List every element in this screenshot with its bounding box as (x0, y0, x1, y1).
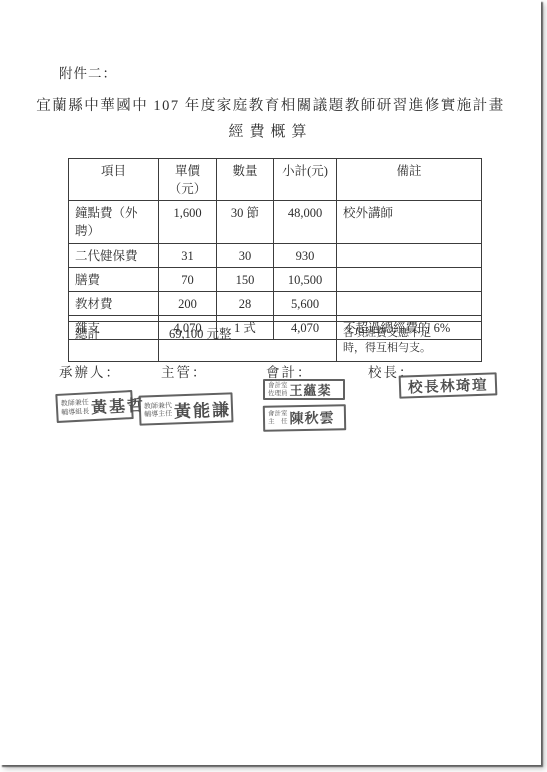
accountant-director-stamp-name: 陳秋雲 (289, 407, 334, 428)
total-remarks-line2: 時，得互相勻支。 (343, 341, 479, 356)
accountant-director-role-line2: 主 任 (268, 418, 288, 426)
accountant-director-stamp: 會計室 主 任 陳秋雲 (263, 404, 346, 431)
header-unit-price-line2: （元） (161, 180, 214, 198)
header-item: 項目 (69, 159, 159, 201)
cell-quantity: 30 節 (217, 201, 274, 243)
cell-remarks (337, 291, 482, 315)
accountant-label: 會計： (266, 361, 313, 381)
accountant-clerk-stamp: 會計室 佐理員 王蘊棻 (263, 379, 345, 400)
table-row: 教材費 200 28 5,600 (69, 291, 482, 315)
total-label: 總計 (69, 322, 159, 362)
document-subtitle: 經費概算 (0, 120, 541, 141)
principal-stamp: 校長林琦瑄 (399, 372, 498, 398)
cell-quantity: 150 (217, 267, 274, 291)
cell-item: 教材費 (69, 291, 159, 315)
scanned-page: 附件二： 宜蘭縣中華國中 107 年度家庭教育相關議題教師研習進修實施計畫 經費… (0, 0, 541, 765)
cell-item: 膳費 (69, 267, 159, 291)
table-row: 膳費 70 150 10,500 (69, 267, 482, 291)
cell-item: 鐘點費（外聘） (69, 201, 159, 243)
total-amount: 69,100 元整 (159, 322, 337, 362)
cell-unit-price: 200 (159, 291, 217, 315)
cell-unit-price: 31 (159, 243, 217, 267)
handler-stamp-name: 黃基哲 (90, 392, 145, 418)
handler-stamp-role-line2: 輔導組長 (61, 407, 89, 417)
handler-stamp-role: 教師兼任 輔導組長 (61, 398, 90, 416)
handler-stamp: 教師兼任 輔導組長 黃基哲 (55, 390, 133, 423)
handler-label: 承辦人： (59, 361, 121, 381)
header-subtotal: 小計(元) (274, 159, 337, 201)
accountant-clerk-role-line1: 會計室 (268, 382, 288, 390)
table-header-row: 項目 單價 （元） 數量 小計(元) 備註 (69, 159, 482, 201)
cell-subtotal: 10,500 (274, 267, 337, 291)
cell-subtotal: 48,000 (274, 201, 337, 243)
supervisor-label: 主管： (161, 361, 208, 381)
total-row: 總計 69,100 元整 各項經費支應不足 時，得互相勻支。 (69, 322, 482, 362)
cell-item: 二代健保費 (69, 243, 159, 267)
header-quantity: 數量 (217, 159, 274, 201)
cell-unit-price: 1,600 (159, 201, 217, 243)
principal-stamp-name: 校長林琦瑄 (408, 374, 489, 398)
header-unit-price-line1: 單價 (161, 162, 214, 180)
header-unit-price: 單價 （元） (159, 159, 217, 201)
total-remarks-line1: 各項經費支應不足 (343, 326, 479, 341)
cell-subtotal: 930 (274, 243, 337, 267)
cell-remarks (337, 243, 482, 267)
accountant-clerk-stamp-role: 會計室 佐理員 (268, 382, 288, 398)
table-row: 鐘點費（外聘） 1,600 30 節 48,000 校外講師 (69, 201, 482, 243)
total-table: 總計 69,100 元整 各項經費支應不足 時，得互相勻支。 (68, 321, 482, 362)
cell-remarks: 校外講師 (337, 201, 482, 243)
accountant-director-stamp-role: 會計室 主 任 (268, 411, 288, 427)
supervisor-stamp-name: 黃能謙 (174, 395, 232, 422)
document-title: 宜蘭縣中華國中 107 年度家庭教育相關議題教師研習進修實施計畫 (0, 94, 541, 115)
total-remarks: 各項經費支應不足 時，得互相勻支。 (337, 322, 482, 362)
cell-unit-price: 70 (159, 267, 217, 291)
attachment-label: 附件二： (59, 62, 117, 82)
supervisor-stamp: 教師兼代 輔導主任 黃能謙 (139, 392, 234, 425)
accountant-clerk-stamp-name: 王蘊棻 (290, 380, 332, 399)
table-row: 二代健保費 31 30 930 (69, 243, 482, 267)
supervisor-stamp-role: 教師兼代 輔導主任 (144, 401, 173, 419)
budget-table: 項目 單價 （元） 數量 小計(元) 備註 鐘點費（外聘） 1,600 30 節… (68, 158, 482, 340)
cell-remarks (337, 267, 482, 291)
cell-subtotal: 5,600 (274, 291, 337, 315)
cell-quantity: 28 (217, 291, 274, 315)
cell-quantity: 30 (217, 243, 274, 267)
accountant-clerk-role-line2: 佐理員 (268, 390, 288, 398)
supervisor-stamp-role-line2: 輔導主任 (144, 409, 172, 418)
header-remarks: 備註 (337, 159, 482, 201)
